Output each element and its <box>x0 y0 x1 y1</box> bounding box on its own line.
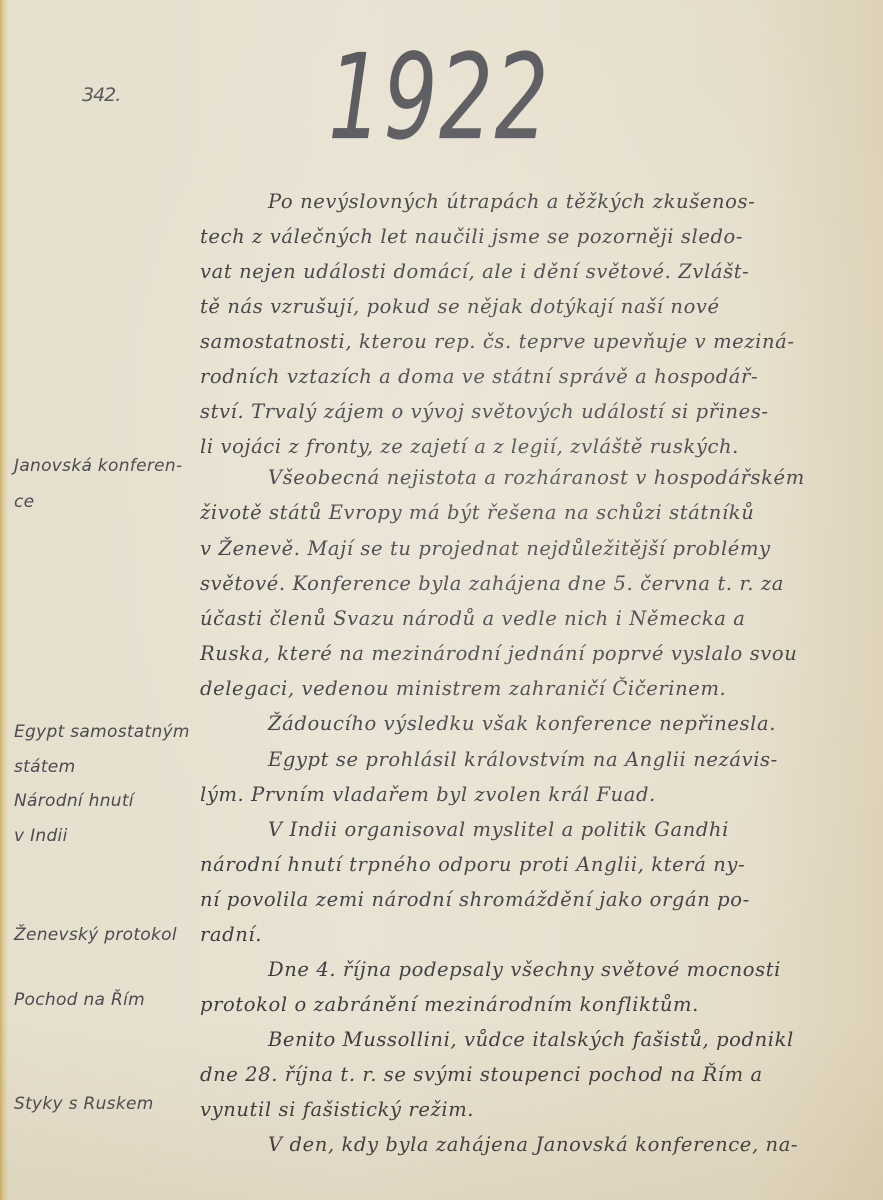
body-line: dne 28. října t. r. se svými stoupenci p… <box>200 1063 763 1086</box>
body-line: Benito Mussollini, vůdce italských fašis… <box>268 1028 794 1051</box>
body-line: Po nevýslovných útrapách a těžkých zkuše… <box>268 190 755 213</box>
margin-note-egypt: Egypt samostatným <box>14 722 190 742</box>
body-line: V den, kdy byla zahájena Janovská konfer… <box>268 1133 798 1156</box>
body-line: Dne 4. října podepsaly všechny světové m… <box>268 958 781 981</box>
body-line: tě nás vzrušují, pokud se nějak dotýkají… <box>200 295 720 318</box>
margin-note-egypt-cont: státem <box>14 757 75 777</box>
body-line: radní. <box>200 923 262 946</box>
body-line: tech z válečných let naučili jsme se poz… <box>200 225 743 248</box>
margin-note-janovska-konference: Janovská konferen- <box>14 456 182 476</box>
body-line: životě států Evropy má být řešena na sch… <box>200 501 754 524</box>
body-line: ní povolila zemi národní shromáždění jak… <box>200 888 750 911</box>
body-line: vat nejen události domácí, ale i dění sv… <box>200 260 749 283</box>
body-line: protokol o zabránění mezinárodním konfli… <box>200 993 699 1016</box>
margin-note-india-cont: v Indii <box>14 826 68 846</box>
body-line: světové. Konference byla zahájena dne 5.… <box>200 572 784 595</box>
body-line: li vojáci z fronty, ze zajetí a z legií,… <box>200 435 739 458</box>
body-line: národní hnutí trpného odporu proti Angli… <box>200 853 745 876</box>
body-line: delegaci, vedenou ministrem zahraničí Či… <box>200 677 726 700</box>
margin-note-india: Národní hnutí <box>14 791 134 811</box>
chronicle-page: 342. 1922 Janovská konferen- ce Egypt sa… <box>0 0 883 1200</box>
body-line: vynutil si fašistický režim. <box>200 1098 474 1121</box>
margin-note-geneva-protocol: Ženevský protokol <box>14 925 177 945</box>
margin-note-march-on-rome: Pochod na Řím <box>14 990 145 1010</box>
body-line: účasti členů Svazu národů a vedle nich i… <box>200 607 745 630</box>
body-line: Žádoucího výsledku však konference nepři… <box>268 712 776 735</box>
year-heading: 1922 <box>328 28 550 166</box>
body-line: samostatnosti, kterou rep. čs. teprve up… <box>200 330 795 353</box>
margin-note-relations-russia: Styky s Ruskem <box>14 1094 154 1114</box>
body-line: v Ženevě. Mají se tu projednat nejdůleži… <box>200 537 771 560</box>
body-line: ství. Trvalý zájem o vývoj světových udá… <box>200 400 769 423</box>
body-line: Ruska, které na mezinárodní jednání popr… <box>200 642 797 665</box>
body-line: lým. Prvním vladařem byl zvolen král Fua… <box>200 783 656 806</box>
body-line: Egypt se prohlásil královstvím na Anglii… <box>268 748 778 771</box>
body-line: V Indii organisoval myslitel a politik G… <box>268 818 729 841</box>
margin-note-janovska-konference-cont: ce <box>14 492 34 512</box>
body-line: Všeobecná nejistota a rozháranost v hosp… <box>268 466 805 489</box>
body-line: rodních vztazích a doma ve státní správě… <box>200 365 758 388</box>
page-number: 342. <box>82 84 120 106</box>
